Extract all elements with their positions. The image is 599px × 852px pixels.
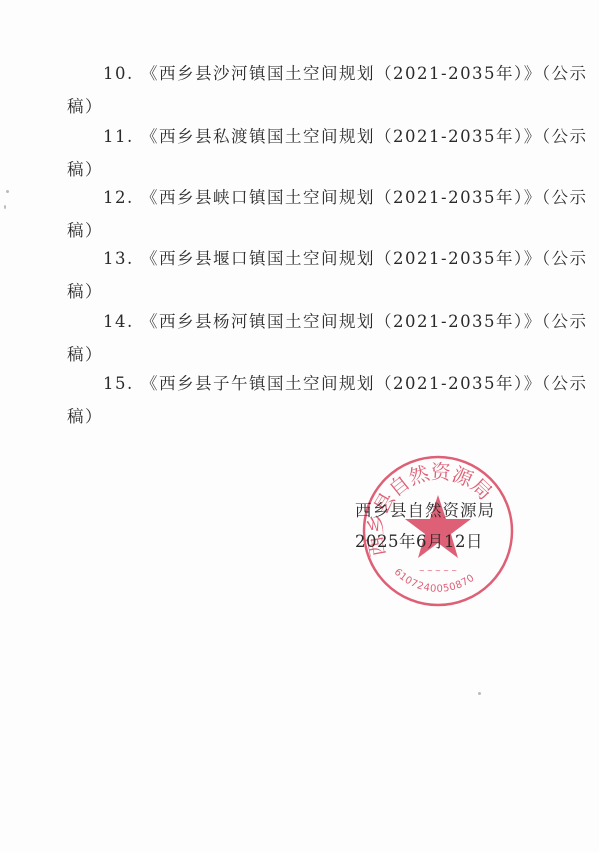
item-continuation: 稿） bbox=[67, 341, 103, 365]
item-number: 15. bbox=[103, 374, 141, 393]
scan-speck bbox=[478, 692, 481, 695]
item-continuation: 稿） bbox=[67, 278, 103, 302]
item-title: 《西乡县杨河镇国土空间规划（2021-2035年）》（公示 bbox=[141, 312, 588, 331]
item-title: 《西乡县子午镇国土空间规划（2021-2035年）》（公示 bbox=[141, 374, 588, 393]
item-title: 《西乡县沙河镇国土空间规划（2021-2035年）》（公示 bbox=[141, 64, 588, 83]
signature-organization: 西乡县自然资源局 bbox=[355, 497, 495, 521]
item-number: 14. bbox=[103, 312, 141, 331]
item-title: 《西乡县私渡镇国土空间规划（2021-2035年）》（公示 bbox=[141, 127, 588, 146]
item-number: 13. bbox=[103, 249, 141, 268]
item-title: 《西乡县堰口镇国土空间规划（2021-2035年）》（公示 bbox=[141, 249, 588, 268]
item-continuation: 稿） bbox=[67, 93, 103, 117]
scan-speck bbox=[6, 190, 9, 193]
item-continuation: 稿） bbox=[67, 403, 103, 427]
item-continuation: 稿） bbox=[67, 156, 103, 180]
item-title: 《西乡县峡口镇国土空间规划（2021-2035年）》（公示 bbox=[141, 188, 588, 207]
item-number: 12. bbox=[103, 188, 141, 207]
item-number: 10. bbox=[103, 64, 141, 83]
svg-text:~ ~ ~ ~ ~: ~ ~ ~ ~ ~ bbox=[419, 567, 457, 575]
signature-date: 2025年6月12日 bbox=[355, 528, 483, 552]
item-continuation: 稿） bbox=[67, 217, 103, 241]
item-number: 11. bbox=[103, 127, 141, 146]
scan-speck bbox=[4, 205, 6, 209]
document-page: 10.《西乡县沙河镇国土空间规划（2021-2035年）》（公示 稿） 11.《… bbox=[0, 0, 599, 852]
